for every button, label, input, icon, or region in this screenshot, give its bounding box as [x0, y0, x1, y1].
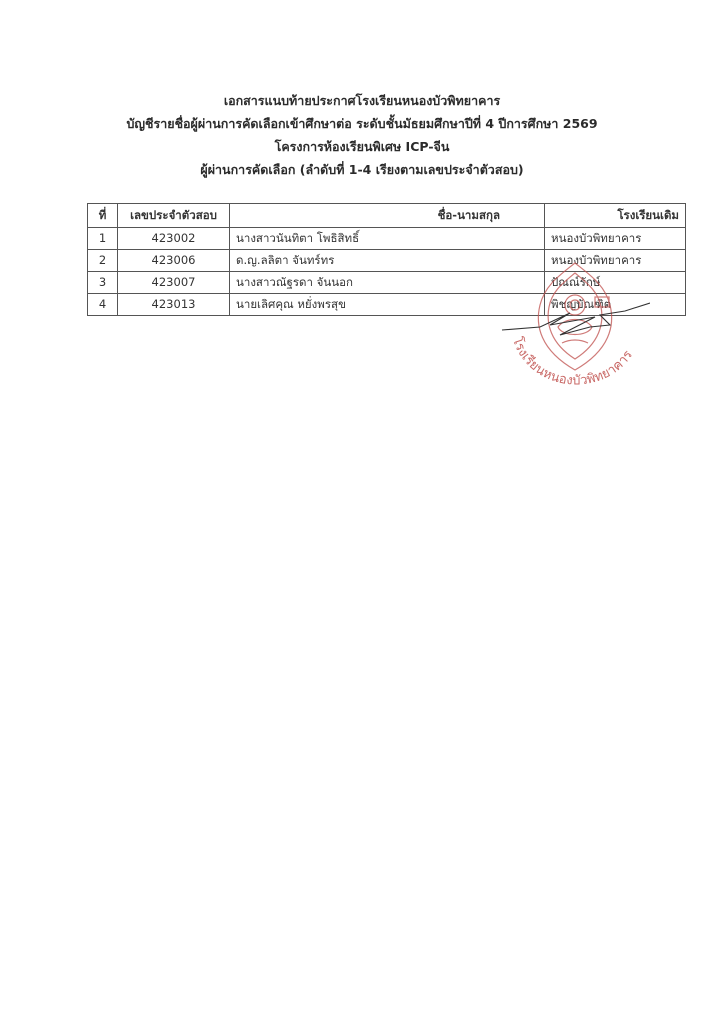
cell-no: 4 — [88, 294, 118, 316]
results-table: ที่ เลขประจำตัวสอบ ชื่อ-นามสกุล โรงเรียน… — [87, 203, 686, 316]
table-row: 3 423007 นางสาวณัฐรดา จันนอก ปัณณ์รักษ์ — [88, 272, 686, 294]
cell-name: นางสาวณัฐรดา จันนอก — [230, 272, 545, 294]
cell-name: นายเลิศคุณ หยั่งพรสุข — [230, 294, 545, 316]
cell-exam-id: 423002 — [118, 228, 230, 250]
document-heading-program: โครงการห้องเรียนพิเศษ ICP-จีน — [0, 137, 724, 157]
header-name: ชื่อ-นามสกุล — [230, 204, 545, 228]
header-exam-id: เลขประจำตัวสอบ — [118, 204, 230, 228]
document-heading-title: เอกสารแนบท้ายประกาศโรงเรียนหนองบัวพิทยาค… — [0, 91, 724, 111]
document-heading-subtitle: ผู้ผ่านการคัดเลือก (ลำดับที่ 1-4 เรียงตา… — [0, 160, 724, 180]
cell-name: ด.ญ.ลลิตา จันทร์ทร — [230, 250, 545, 272]
table-header-row: ที่ เลขประจำตัวสอบ ชื่อ-นามสกุล โรงเรียน… — [88, 204, 686, 228]
cell-school: ปัณณ์รักษ์ — [545, 272, 686, 294]
cell-name: นางสาวนันทิตา โพธิสิทธิ์ — [230, 228, 545, 250]
header-no: ที่ — [88, 204, 118, 228]
cell-exam-id: 423013 — [118, 294, 230, 316]
header-school: โรงเรียนเดิม — [545, 204, 686, 228]
cell-school: หนองบัวพิทยาคาร — [545, 250, 686, 272]
cell-exam-id: 423006 — [118, 250, 230, 272]
table-row: 4 423013 นายเลิศคุณ หยั่งพรสุข พิชญบัณฑิ… — [88, 294, 686, 316]
cell-school: พิชญบัณฑิต — [545, 294, 686, 316]
cell-no: 2 — [88, 250, 118, 272]
seal-text: โรงเรียนหนองบัวพิทยาคาร — [509, 335, 636, 388]
cell-exam-id: 423007 — [118, 272, 230, 294]
cell-no: 1 — [88, 228, 118, 250]
document-heading-list-title: บัญชีรายชื่อผู้ผ่านการคัดเลือกเข้าศึกษาต… — [0, 114, 724, 134]
cell-school: หนองบัวพิทยาคาร — [545, 228, 686, 250]
table-row: 2 423006 ด.ญ.ลลิตา จันทร์ทร หนองบัวพิทยา… — [88, 250, 686, 272]
table-row: 1 423002 นางสาวนันทิตา โพธิสิทธิ์ หนองบั… — [88, 228, 686, 250]
cell-no: 3 — [88, 272, 118, 294]
